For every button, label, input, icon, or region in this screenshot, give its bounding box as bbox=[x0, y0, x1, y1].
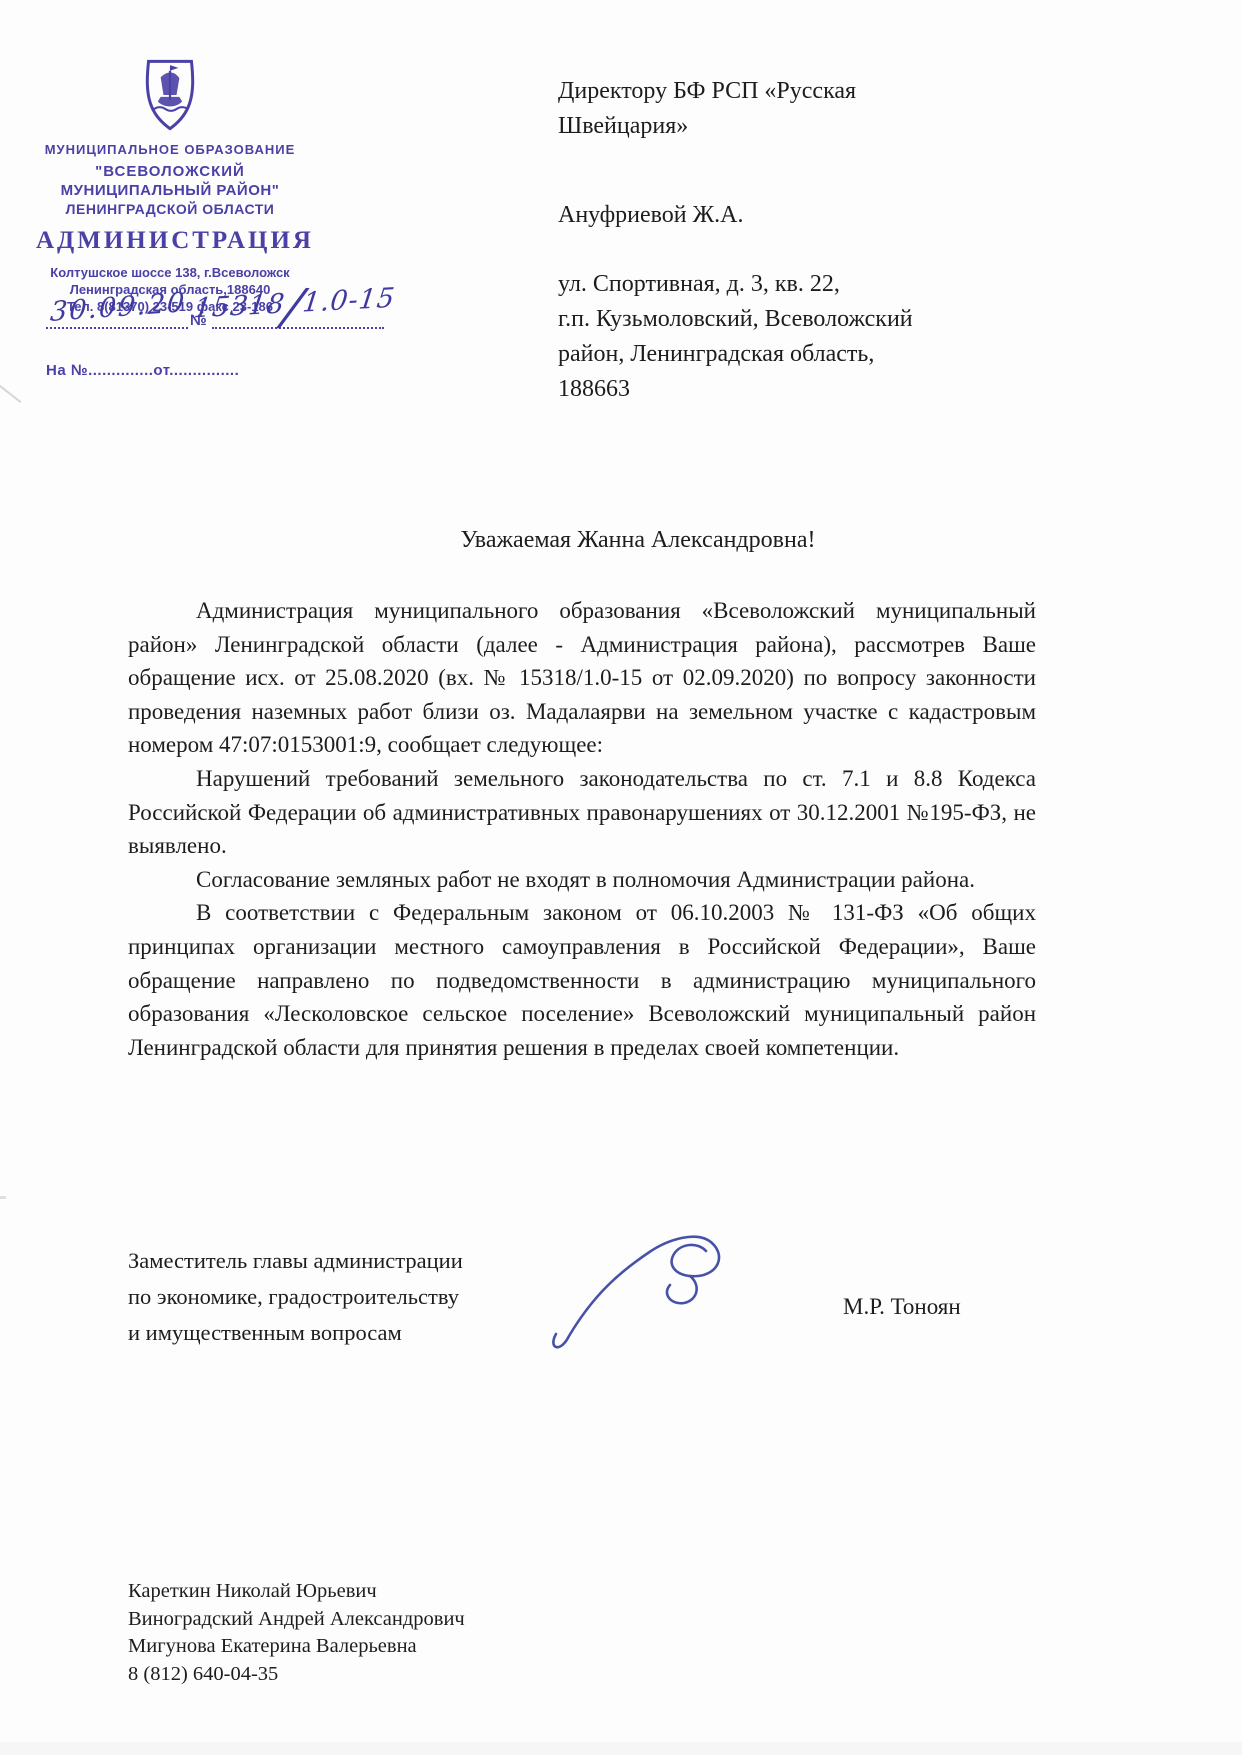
executor-name: Виноградский Андрей Александрович bbox=[128, 1606, 465, 1634]
letter-body: Администрация муниципального образования… bbox=[128, 594, 1036, 1064]
signatory-position-line: и имущественным вопросам bbox=[128, 1315, 568, 1351]
body-paragraph: Согласование земляных работ не входят в … bbox=[128, 863, 1036, 897]
body-paragraph: Администрация муниципального образования… bbox=[128, 594, 1036, 762]
outgoing-reference-row: № 30.09.20 15318/1.0-15 bbox=[46, 296, 406, 346]
reply-reference-line: На №..............от............... bbox=[46, 362, 239, 379]
recipient-title-line: Директору БФ РСП «Русская bbox=[558, 74, 1048, 109]
recipient-title: Директору БФ РСП «Русская Швейцария» bbox=[558, 74, 1048, 144]
scan-artifact bbox=[0, 1196, 6, 1199]
body-paragraph: Нарушений требований земельного законода… bbox=[128, 762, 1036, 863]
outgoing-number-part1: 15318 bbox=[192, 288, 287, 324]
recipient-address-line: район, Ленинградская область, bbox=[558, 337, 1048, 372]
letterhead-org-line: МУНИЦИПАЛЬНОЕ ОБРАЗОВАНИЕ bbox=[36, 142, 304, 157]
scan-edge-shadow bbox=[0, 1742, 1242, 1755]
executor-contacts: Кареткин Николай Юрьевич Виноградский Ан… bbox=[128, 1578, 465, 1688]
executor-phone: 8 (812) 640-04-35 bbox=[128, 1661, 465, 1689]
scan-artifact bbox=[0, 383, 21, 403]
recipient-address-line: 188663 bbox=[558, 372, 1048, 407]
letterhead-administration-title: АДМИНИСТРАЦИЯ bbox=[36, 227, 304, 255]
executor-name: Кареткин Николай Юрьевич bbox=[128, 1578, 465, 1606]
recipient-address: ул. Спортивная, д. 3, кв. 22, г.п. Кузьм… bbox=[558, 267, 1048, 407]
letterhead-org-line: ЛЕНИНГРАДСКОЙ ОБЛАСТИ bbox=[36, 201, 304, 217]
recipient-address-line: ул. Спортивная, д. 3, кв. 22, bbox=[558, 267, 1048, 302]
signatory-name: М.Р. Тоноян bbox=[843, 1294, 961, 1320]
letterhead-org-line: МУНИЦИПАЛЬНЫЙ РАЙОН" bbox=[36, 182, 304, 199]
salutation: Уважаемая Жанна Александровна! bbox=[128, 527, 1092, 554]
letterhead-org-line: "ВСЕВОЛОЖСКИЙ bbox=[36, 163, 304, 180]
coat-of-arms-icon bbox=[142, 58, 198, 132]
executor-name: Мигунова Екатерина Валерьевна bbox=[128, 1633, 465, 1661]
letterhead: МУНИЦИПАЛЬНОЕ ОБРАЗОВАНИЕ "ВСЕВОЛОЖСКИЙ … bbox=[36, 58, 304, 315]
signature-autograph bbox=[538, 1222, 778, 1362]
letterhead-address-line: Колтушское шоссе 138, г.Всеволожск bbox=[36, 264, 304, 281]
outgoing-number-slash: / bbox=[285, 307, 303, 308]
body-paragraph: В соответствии с Федеральным законом от … bbox=[128, 896, 1036, 1064]
recipient-address-line: г.п. Кузьмоловский, Всеволожский bbox=[558, 302, 1048, 337]
outgoing-number-part2: 1.0-15 bbox=[301, 283, 397, 319]
signatory-position-line: по экономике, градостроительству bbox=[128, 1279, 568, 1315]
recipient-block: Директору БФ РСП «Русская Швейцария» Ану… bbox=[558, 74, 1048, 407]
recipient-title-line: Швейцария» bbox=[558, 109, 1048, 144]
recipient-name: Ануфриевой Ж.А. bbox=[558, 198, 1048, 233]
signatory-position-line: Заместитель главы администрации bbox=[128, 1243, 568, 1279]
scanned-letter-page: МУНИЦИПАЛЬНОЕ ОБРАЗОВАНИЕ "ВСЕВОЛОЖСКИЙ … bbox=[0, 0, 1242, 1755]
signatory-position: Заместитель главы администрации по эконо… bbox=[128, 1243, 568, 1351]
